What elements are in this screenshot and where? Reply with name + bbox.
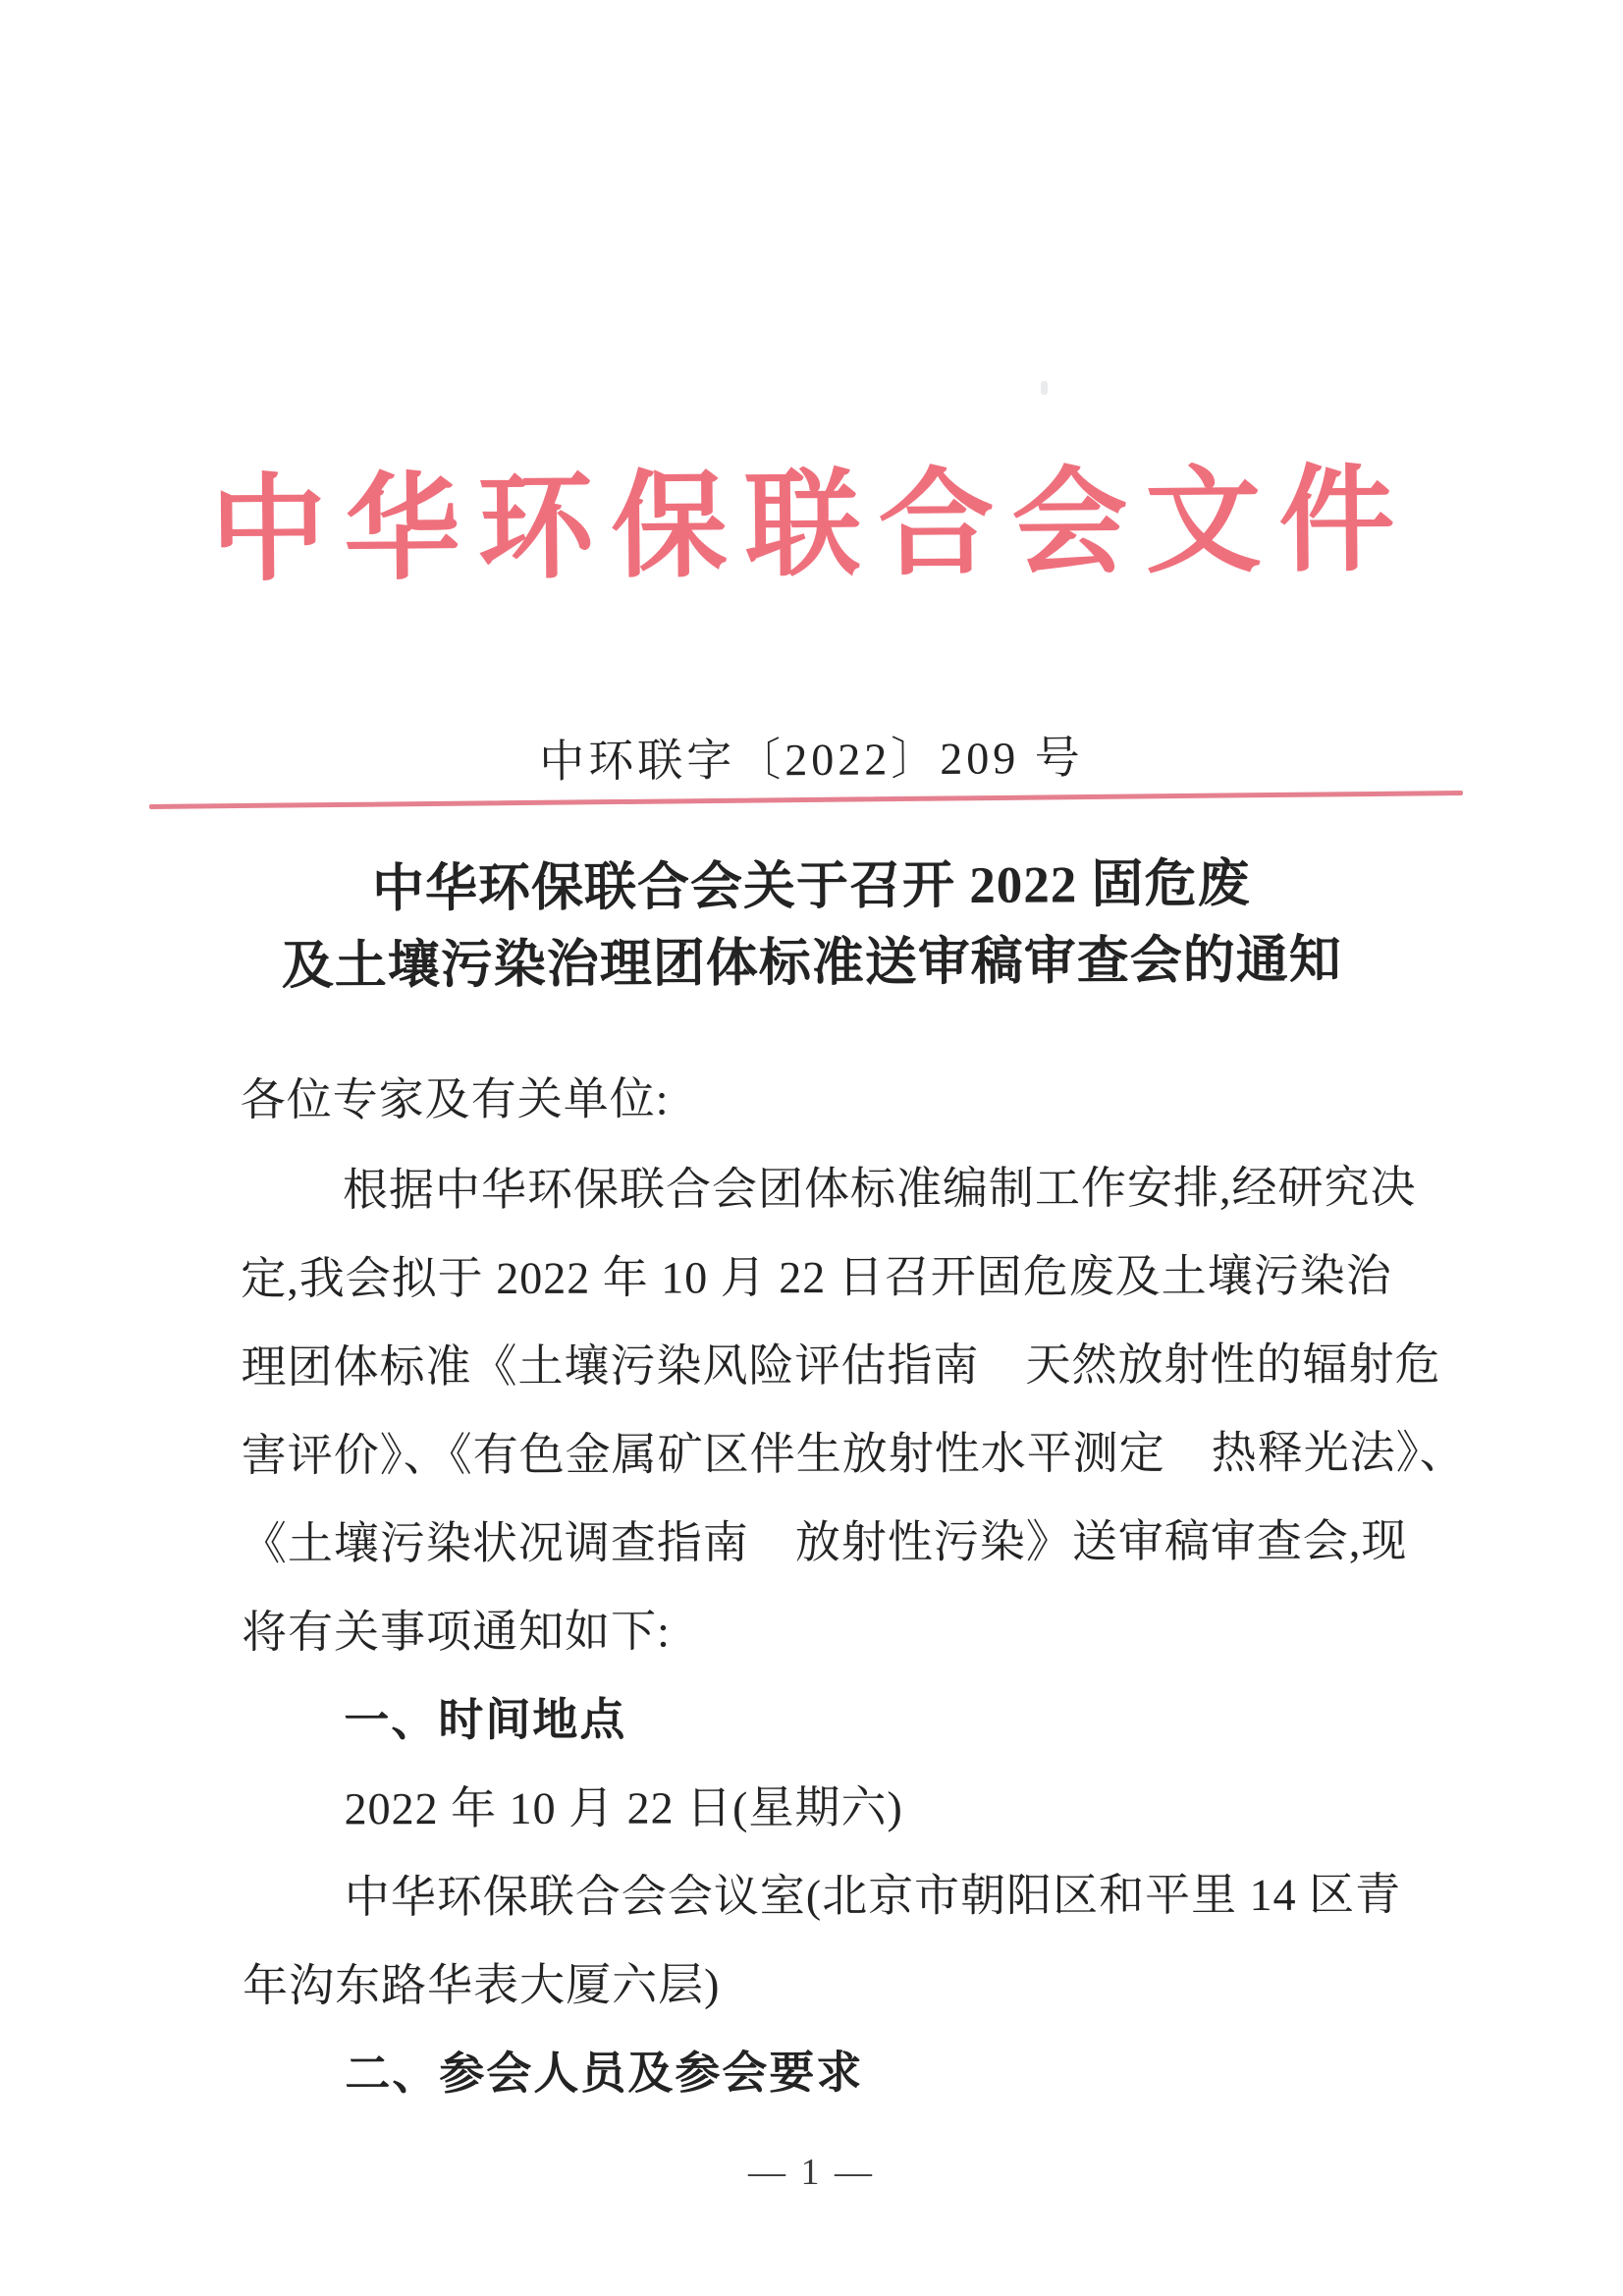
section-heading-line: 二、参会人员及参会要求 — [243, 2027, 1477, 2118]
section-heading-line: 一、时间地点 — [242, 1673, 1476, 1765]
scan-artifact — [1041, 381, 1048, 395]
body-text: 各位专家及有关单位: 根据中华环保联合会团体标准编制工作安排,经研究决定,我会拟… — [241, 1051, 1478, 2118]
body-line: 害评价》、《有色金属矿区伴生放射性水平测定 热释光法》、 — [242, 1408, 1476, 1500]
body-line: 《土壤污染状况调查指南 放射性污染》送审稿审查会,现 — [242, 1497, 1476, 1588]
notice-title-line2: 及土壤污染治理团体标准送审稿审查会的通知 — [0, 920, 1623, 1007]
scanned-official-document: 中华环保联合会文件 中环联字〔2022〕209 号 中华环保联合会关于召开 20… — [0, 0, 1623, 2296]
notice-title: 中华环保联合会关于召开 2022 固危废 及土壤污染治理团体标准送审稿审查会的通… — [0, 844, 1623, 1007]
page-number: — 1 — — [0, 2151, 1623, 2194]
body-line: 年沟东路华表大厦六层) — [243, 1939, 1477, 2030]
notice-title-line1: 中华环保联合会关于召开 2022 固危废 — [0, 844, 1623, 930]
body-line: 中华环保联合会会议室(北京市朝阳区和平里 14 区青 — [243, 1850, 1477, 1941]
salutation: 各位专家及有关单位: — [241, 1051, 1475, 1146]
doc-number: 中环联字〔2022〕209 号 — [0, 727, 1623, 793]
body-lines: 根据中华环保联合会团体标准编制工作安排,经研究决定,我会拟于 2022 年 10… — [241, 1143, 1478, 2118]
red-divider-line — [149, 791, 1463, 809]
body-line: 理团体标准《土壤污染风险评估指南 天然放射性的辐射危 — [241, 1320, 1475, 1411]
body-line: 根据中华环保联合会团体标准编制工作安排,经研究决 — [241, 1143, 1475, 1234]
body-line: 2022 年 10 月 22 日(星期六) — [242, 1762, 1476, 1853]
body-line: 定,我会拟于 2022 年 10 月 22 日召开固危废及土壤污染治 — [241, 1231, 1475, 1323]
letterhead-title: 中华环保联合会文件 — [0, 453, 1623, 600]
body-line: 将有关事项通知如下: — [242, 1585, 1476, 1676]
